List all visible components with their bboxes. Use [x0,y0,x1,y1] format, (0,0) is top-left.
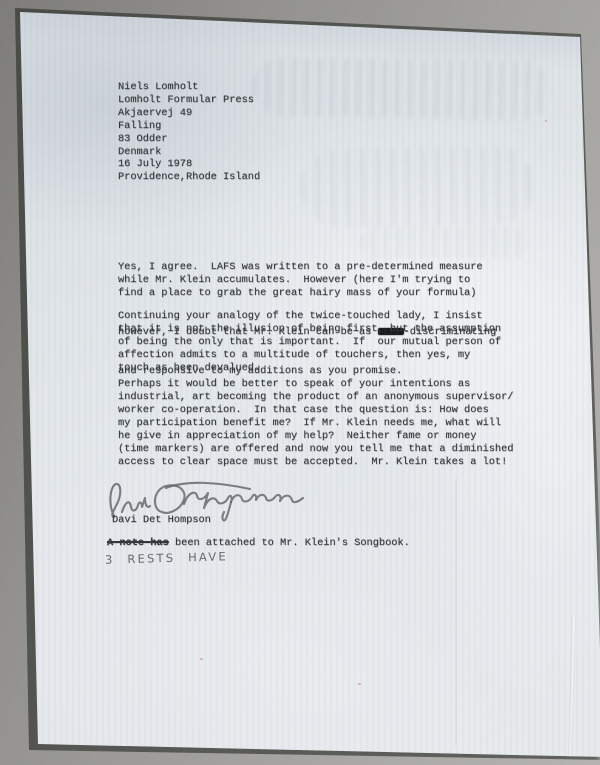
struck-text: A note has [107,537,169,549]
date-location-block: 16 July 1978 Providence,Rhode Island [118,158,260,184]
recipient-address-block: Niels Lomholt Lomholt Formular Press Akj… [118,81,254,159]
letter-body-paragraph-3: Perhaps it would be better to speak of y… [118,378,513,469]
attachment-note-line: A note has been attached to Mr. Klein's … [107,537,410,550]
pink-speck-1 [200,658,203,660]
paragraph-1-lines-1-3: Yes, I agree. LAFS was written to a pre-… [118,261,496,300]
paper-crease-bottom-right [568,615,576,760]
photo-background: Niels Lomholt Lomholt Formular Press Akj… [0,0,600,765]
typed-signature-name: Davi Det Hompson [112,514,211,527]
attachment-note-rest: been attached to Mr. Klein's Songbook. [169,537,410,549]
letter-paper: Niels Lomholt Lomholt Formular Press Akj… [0,0,600,765]
pink-speck-3 [545,120,547,122]
pink-speck-2 [358,683,361,685]
paper-texture-ghost-impression-2 [299,146,535,228]
paper-crease-vertical [455,478,458,746]
handwritten-correction: 3 RESTS HAVE [105,549,228,566]
paper-texture-ghost-impression-1 [252,57,553,120]
letter-body-paragraph-2: Continuing your analogy of the twice-tou… [118,310,501,375]
